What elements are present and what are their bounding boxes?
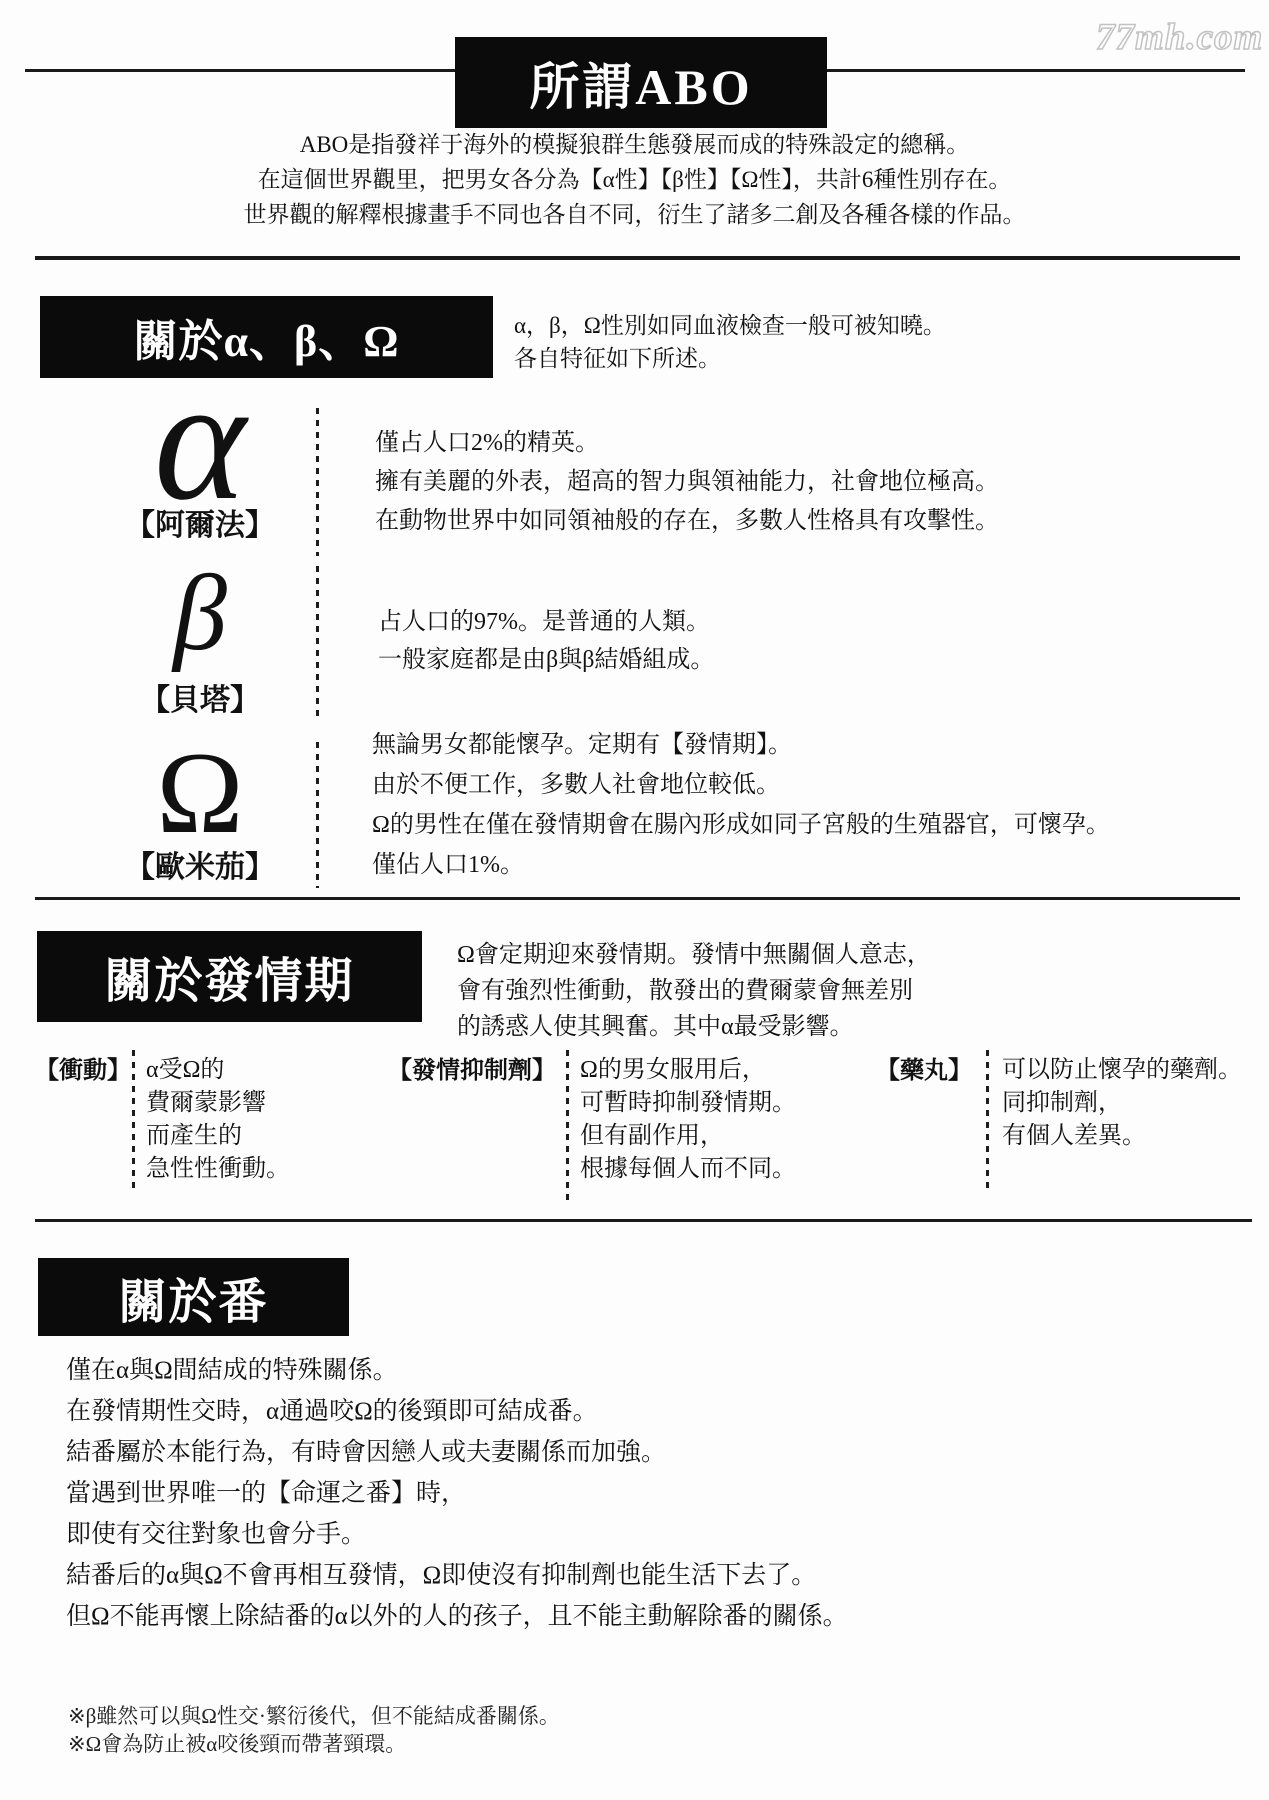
term-line: α受Ω的 — [146, 1054, 290, 1087]
term-line: 但有副作用， — [580, 1120, 796, 1153]
divider-section-3 — [35, 1219, 1252, 1222]
heat-side-line: 的誘惑人使其興奮。其中α最受影響。 — [457, 1009, 931, 1045]
section-heading-types: 關於α、β、Ω — [134, 305, 400, 369]
term-line: 可以防止懷孕的藥劑。 — [1002, 1054, 1242, 1087]
term-line: 急性性衝動。 — [146, 1153, 290, 1186]
bond-line: 結番后的α與Ω不會再相互發情，Ω即使沒有抑制劑也能生活下去了。 — [66, 1555, 848, 1596]
heat-side-note: Ω會定期迎來發情期。發情中無關個人意志， 會有強烈性衝動，散發出的費爾蒙會無差別… — [457, 937, 931, 1045]
desc-line: 無論男女都能懷孕。定期有【發情期】。 — [372, 725, 1110, 765]
dotted-divider-alpha — [316, 408, 319, 556]
type-desc-omega: 無論男女都能懷孕。定期有【發情期】。 由於不便工作，多數人社會地位較低。 Ω的男… — [372, 725, 1110, 885]
type-desc-beta: 占人口的97%。是普通的人類。 一般家庭都是由β與β結婚組成。 — [378, 603, 714, 679]
term-desc-impulse: α受Ω的 費爾蒙影響 而產生的 急性性衝動。 — [146, 1054, 290, 1186]
desc-line: 僅占人口2%的精英。 — [375, 424, 999, 463]
term-desc-pill: 可以防止懷孕的藥劑。 同抑制劑， 有個人差異。 — [1002, 1054, 1242, 1153]
desc-line: Ω的男性在僅在發情期會在腸內形成如同子宮般的生殖器官，可懷孕。 — [372, 805, 1110, 845]
types-side-line: 各自特征如下所述。 — [514, 342, 946, 375]
divider-section-1 — [35, 256, 1240, 260]
term-label-pill: 【藥丸】 — [876, 1057, 972, 1085]
dotted-divider-beta — [316, 566, 319, 716]
bond-line: 即使有交往對象也會分手。 — [66, 1514, 848, 1555]
page-title-box: 所謂ABO — [455, 37, 827, 128]
page: 77mh.com 所謂ABO ABO是指發祥于海外的模擬狼群生態發展而成的特殊設… — [0, 0, 1269, 1800]
types-side-line: α，β，Ω性別如同血液檢查一般可被知曉。 — [514, 309, 946, 342]
bond-line: 但Ω不能再懷上除結番的α以外的人的孩子，且不能主動解除番的關係。 — [66, 1596, 848, 1637]
intro-line: ABO是指發祥于海外的模擬狼群生態發展而成的特殊設定的總稱。 — [0, 127, 1269, 162]
term-label-impulse: 【衝動】 — [35, 1057, 131, 1085]
term-label-suppressant: 【發情抑制劑】 — [388, 1057, 556, 1085]
term-desc-suppressant: Ω的男女服用后， 可暫時抑制發情期。 但有副作用， 根據每個人而不同。 — [580, 1054, 796, 1186]
desc-line: 擁有美麗的外表，超高的智力與領袖能力，社會地位極高。 — [375, 463, 999, 502]
desc-line: 由於不便工作，多數人社會地位較低。 — [372, 765, 1110, 805]
dotted-divider-suppressant — [566, 1050, 569, 1205]
divider-section-2 — [35, 897, 1240, 900]
dotted-divider-omega — [316, 742, 319, 888]
term-line: 而產生的 — [146, 1120, 290, 1153]
dotted-divider-pill — [986, 1050, 989, 1190]
type-label-omega: 【歐米茄】 — [40, 842, 360, 886]
desc-line: 一般家庭都是由β與β結婚組成。 — [378, 641, 714, 679]
heat-side-line: 會有強烈性衝動，散發出的費爾蒙會無差別 — [457, 973, 931, 1009]
type-symbol-beta: β — [40, 560, 360, 668]
desc-line: 在動物世界中如同領袖般的存在，多數人性格具有攻擊性。 — [375, 502, 999, 541]
intro-line: 在這個世界觀里，把男女各分為【α性】【β性】【Ω性】，共計6種性別存在。 — [0, 162, 1269, 197]
bond-line: 在發情期性交時，α通過咬Ω的後頸即可結成番。 — [66, 1391, 848, 1432]
term-line: 根據每個人而不同。 — [580, 1153, 796, 1186]
section-heading-bond: 關於番 — [118, 1263, 268, 1332]
desc-line: 僅佔人口1%。 — [372, 845, 1110, 885]
type-desc-alpha: 僅占人口2%的精英。 擁有美麗的外表，超高的智力與領袖能力，社會地位極高。 在動… — [375, 424, 999, 541]
bond-line: 當遇到世界唯一的【命運之番】時， — [66, 1473, 848, 1514]
term-line: 費爾蒙影響 — [146, 1087, 290, 1120]
intro-line: 世界觀的解釋根據畫手不同也各自不同，衍生了諸多二創及各種各樣的作品。 — [0, 197, 1269, 232]
heat-side-line: Ω會定期迎來發情期。發情中無關個人意志， — [457, 937, 931, 973]
type-label-alpha: 【阿爾法】 — [40, 500, 360, 544]
section-heading-heat: 關於發情期 — [104, 942, 354, 1011]
section-heading-heat-box: 關於發情期 — [37, 931, 422, 1022]
term-line: 可暫時抑制發情期。 — [580, 1087, 796, 1120]
term-line: Ω的男女服用后， — [580, 1054, 796, 1087]
footnotes: ※β雖然可以與Ω性交·繁衍後代，但不能結成番關係。 ※Ω會為防止被α咬後頸而帶著… — [68, 1702, 560, 1758]
types-side-note: α，β，Ω性別如同血液檢查一般可被知曉。 各自特征如下所述。 — [514, 309, 946, 375]
watermark: 77mh.com — [1096, 16, 1263, 59]
page-title: 所謂ABO — [529, 47, 752, 119]
bond-body: 僅在α與Ω間結成的特殊關係。 在發情期性交時，α通過咬Ω的後頸即可結成番。 結番… — [66, 1350, 848, 1637]
footnote-line: ※Ω會為防止被α咬後頸而帶著頸環。 — [68, 1730, 560, 1758]
bond-line: 僅在α與Ω間結成的特殊關係。 — [66, 1350, 848, 1391]
section-heading-types-box: 關於α、β、Ω — [40, 296, 493, 378]
intro-paragraph: ABO是指發祥于海外的模擬狼群生態發展而成的特殊設定的總稱。 在這個世界觀里，把… — [0, 127, 1269, 232]
term-line: 同抑制劑， — [1002, 1087, 1242, 1120]
dotted-divider-impulse — [132, 1050, 135, 1190]
desc-line: 占人口的97%。是普通的人類。 — [378, 603, 714, 641]
type-label-beta: 【貝塔】 — [40, 675, 360, 719]
term-line: 有個人差異。 — [1002, 1120, 1242, 1153]
type-symbol-omega: Ω — [40, 735, 360, 852]
bond-line: 結番屬於本能行為，有時會因戀人或夫妻關係而加強。 — [66, 1432, 848, 1473]
section-heading-bond-box: 關於番 — [38, 1258, 349, 1336]
footnote-line: ※β雖然可以與Ω性交·繁衍後代，但不能結成番關係。 — [68, 1702, 560, 1730]
